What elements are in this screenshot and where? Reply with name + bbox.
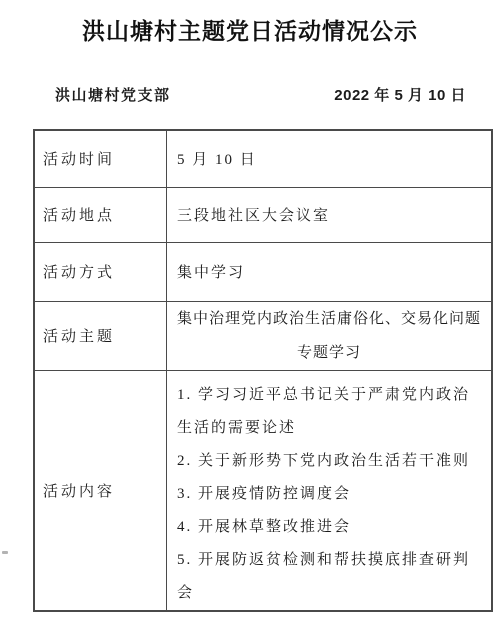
row-label-location: 活动地点	[34, 187, 167, 242]
document-page: 洪山塘村主题党日活动情况公示 洪山塘村党支部 2022 年 5 月 10 日 活…	[0, 0, 500, 621]
content-item-1: 1. 学习习近平总书记关于严肃党内政治生活的需要论述	[177, 379, 473, 445]
theme-line-1: 集中治理党内政治生活庸俗化、交易化问题	[171, 302, 487, 336]
content-item-4: 4. 开展林草整改推进会	[177, 511, 473, 544]
table-row-content: 活动内容 1. 学习习近平总书记关于严肃党内政治生活的需要论述 2. 关于新形势…	[34, 370, 492, 611]
activity-table: 活动时间 5 月 10 日 活动地点 三段地社区大会议室 活动方式 集中学习 活…	[33, 129, 493, 612]
row-content-method: 集中学习	[167, 242, 493, 301]
row-content-items: 1. 学习习近平总书记关于严肃党内政治生活的需要论述 2. 关于新形势下党内政治…	[167, 370, 493, 611]
row-label-method: 活动方式	[34, 242, 167, 301]
row-content-theme: 集中治理党内政治生活庸俗化、交易化问题 专题学习	[167, 301, 493, 370]
row-content-time: 5 月 10 日	[167, 130, 493, 187]
document-date: 2022 年 5 月 10 日	[334, 84, 466, 105]
table-row-location: 活动地点 三段地社区大会议室	[34, 187, 492, 242]
table-row-method: 活动方式 集中学习	[34, 242, 492, 301]
table-row-time: 活动时间 5 月 10 日	[34, 130, 492, 187]
content-item-3: 3. 开展疫情防控调度会	[177, 478, 473, 511]
table-row-theme: 活动主题 集中治理党内政治生活庸俗化、交易化问题 专题学习	[34, 301, 492, 370]
row-label-content: 活动内容	[34, 370, 167, 611]
row-content-location: 三段地社区大会议室	[167, 187, 493, 242]
theme-line-2: 专题学习	[171, 336, 487, 370]
page-title: 洪山塘村主题党日活动情况公示	[0, 13, 500, 46]
content-item-5: 5. 开展防返贫检测和帮扶摸底排查研判会	[177, 544, 473, 610]
row-label-theme: 活动主题	[34, 301, 167, 370]
subheader: 洪山塘村党支部 2022 年 5 月 10 日	[55, 84, 466, 105]
scan-artifact-mark	[2, 551, 8, 554]
content-item-2: 2. 关于新形势下党内政治生活若干准则	[177, 445, 473, 478]
issuer-name: 洪山塘村党支部	[55, 84, 171, 105]
row-label-time: 活动时间	[34, 130, 167, 187]
